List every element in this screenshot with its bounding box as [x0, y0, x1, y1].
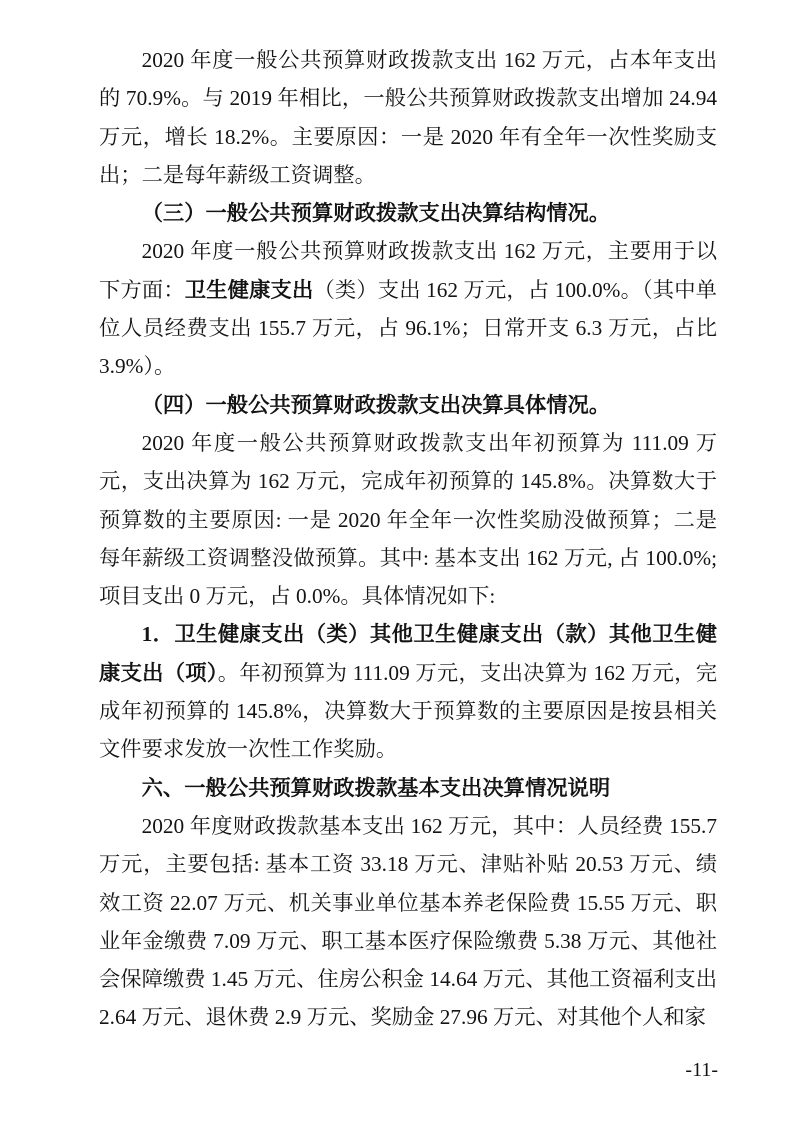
document-page: 2020 年度一般公共预算财政拨款支出 162 万元，占本年支出的 70.9%。…	[0, 0, 793, 1122]
text-run: 六、一般公共预算财政拨款基本支出决算情况说明	[142, 776, 611, 800]
text-run: 2020 年度一般公共预算财政拨款支出年初预算为 111.09 万元，支出决算为…	[99, 431, 717, 608]
text-run-bold: （四）一般公共预算财政拨款支出决算具体情况。	[142, 393, 611, 417]
para-item-1-health-expenditure: 1．卫生健康支出（类）其他卫生健康支出（款）其他卫生健康支出（项）。年初预算为 …	[99, 615, 717, 768]
text-run-bold: 卫生健康支出	[185, 278, 314, 302]
document-body: 2020 年度一般公共预算财政拨款支出 162 万元，占本年支出的 70.9%。…	[99, 41, 717, 1037]
para-expenditure-overview: 2020 年度一般公共预算财政拨款支出 162 万元，占本年支出的 70.9%。…	[99, 41, 717, 194]
heading-section-6: 六、一般公共预算财政拨款基本支出决算情况说明	[99, 769, 717, 807]
para-expenditure-detail: 2020 年度一般公共预算财政拨款支出年初预算为 111.09 万元，支出决算为…	[99, 424, 717, 615]
para-basic-expenditure: 2020 年度财政拨款基本支出 162 万元，其中：人员经费 155.7 万元，…	[99, 807, 717, 1037]
page-number: -11-	[685, 1058, 718, 1082]
para-expenditure-structure: 2020 年度一般公共预算财政拨款支出 162 万元，主要用于以下方面：卫生健康…	[99, 232, 717, 385]
heading-section-3: （三）一般公共预算财政拨款支出决算结构情况。	[99, 194, 717, 232]
text-run-bold: （三）一般公共预算财政拨款支出决算结构情况。	[142, 201, 611, 225]
text-run: 2020 年度一般公共预算财政拨款支出 162 万元，占本年支出的 70.9%。…	[99, 48, 717, 187]
text-run: 2020 年度财政拨款基本支出 162 万元，其中：人员经费 155.7 万元，…	[99, 814, 717, 1029]
heading-section-4: （四）一般公共预算财政拨款支出决算具体情况。	[99, 386, 717, 424]
